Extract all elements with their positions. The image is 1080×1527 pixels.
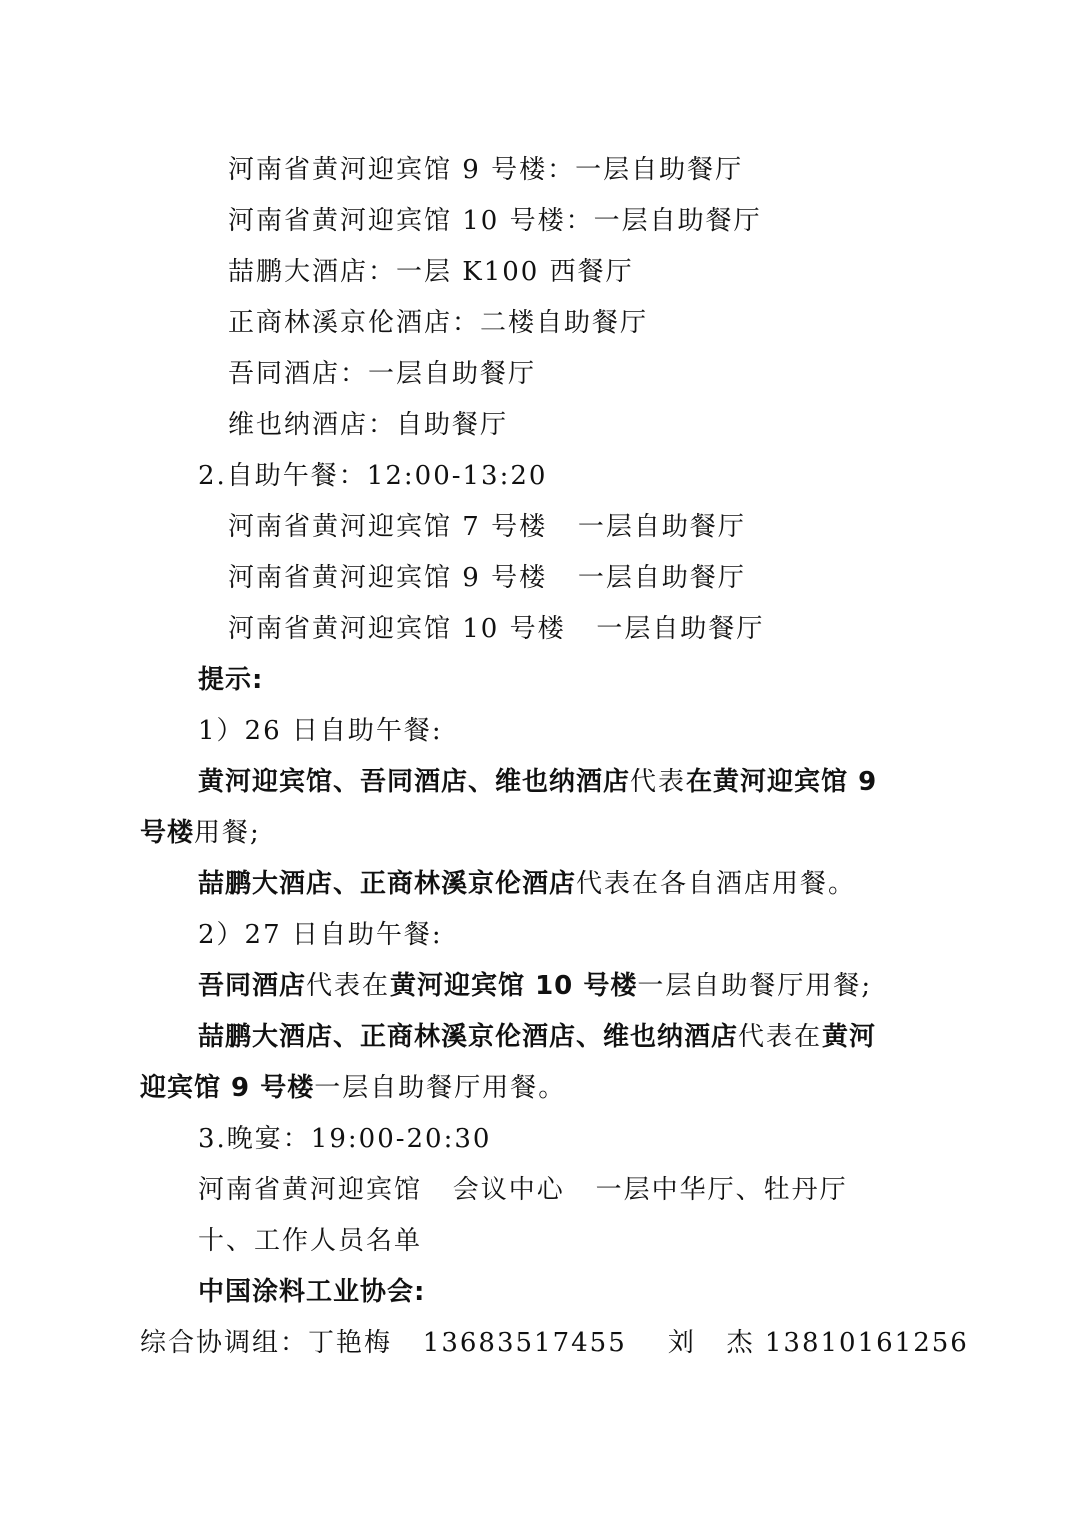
normal-text: 用餐; (194, 818, 261, 848)
breakfast-venue: 河南省黄河迎宾馆 10 号楼：一层自助餐厅 (228, 204, 762, 238)
dinner-venue: 河南省黄河迎宾馆 会议中心 一层中华厅、牡丹厅 (198, 1173, 848, 1207)
breakfast-venue: 河南省黄河迎宾馆 9 号楼：一层自助餐厅 (228, 153, 743, 187)
dinner-heading: 3.晚宴：19:00-20:30 (198, 1122, 491, 1156)
bold-text: 黄河 (822, 1022, 876, 1052)
bold-text: 迎宾馆 9 号楼 (140, 1073, 314, 1103)
lunch-venue: 河南省黄河迎宾馆 10 号楼 一层自助餐厅 (228, 612, 764, 646)
staff-org: 中国涂料工业协会: (198, 1275, 425, 1309)
day26-heading: 1）26 日自助午餐: (198, 714, 443, 748)
lunch-venue: 河南省黄河迎宾馆 9 号楼 一层自助餐厅 (228, 561, 746, 595)
bold-text: 黄河迎宾馆、吾同酒店、维也纳酒店 (198, 767, 630, 797)
day26-line2: 号楼用餐; (140, 816, 261, 850)
normal-text: 一层自助餐厅用餐; (637, 971, 872, 1001)
lunch-heading: 2.自助午餐：12:00-13:20 (198, 459, 547, 493)
day27-line2: 喆鹏大酒店、正商林溪京伦酒店、维也纳酒店代表在黄河 (198, 1020, 876, 1054)
normal-text: 代表 (630, 767, 686, 797)
bold-text: 喆鹏大酒店、正商林溪京伦酒店、维也纳酒店 (198, 1022, 738, 1052)
breakfast-venue: 吾同酒店：一层自助餐厅 (228, 357, 536, 391)
staff-line: 综合协调组：丁艳梅 13683517455 刘 杰 13810161256 (140, 1326, 969, 1360)
tips-heading: 提示: (198, 663, 263, 697)
day26-line1: 黄河迎宾馆、吾同酒店、维也纳酒店代表在黄河迎宾馆 9 (198, 765, 877, 799)
day27-heading: 2）27 日自助午餐: (198, 918, 443, 952)
normal-text: 一层自助餐厅用餐。 (314, 1073, 566, 1103)
breakfast-venue: 维也纳酒店：自助餐厅 (228, 408, 508, 442)
lunch-venue: 河南省黄河迎宾馆 7 号楼 一层自助餐厅 (228, 510, 746, 544)
day27-line1: 吾同酒店代表在黄河迎宾馆 10 号楼一层自助餐厅用餐; (198, 969, 872, 1003)
bold-text: 号楼 (140, 818, 194, 848)
bold-text: 在黄河迎宾馆 9 (686, 767, 877, 797)
breakfast-venue: 喆鹏大酒店：一层 K100 西餐厅 (228, 255, 634, 289)
staff-section-heading: 十、工作人员名单 (198, 1224, 422, 1258)
day27-line3: 迎宾馆 9 号楼一层自助餐厅用餐。 (140, 1071, 566, 1105)
day26-line3: 喆鹏大酒店、正商林溪京伦酒店代表在各自酒店用餐。 (198, 867, 856, 901)
normal-text: 代表在 (738, 1022, 822, 1052)
breakfast-venue: 正商林溪京伦酒店：二楼自助餐厅 (228, 306, 648, 340)
normal-text: 代表在各自酒店用餐。 (576, 869, 856, 899)
bold-text: 喆鹏大酒店、正商林溪京伦酒店 (198, 869, 576, 899)
bold-text: 吾同酒店 (198, 971, 306, 1001)
normal-text: 代表在 (306, 971, 390, 1001)
bold-text: 黄河迎宾馆 10 号楼 (390, 971, 637, 1001)
